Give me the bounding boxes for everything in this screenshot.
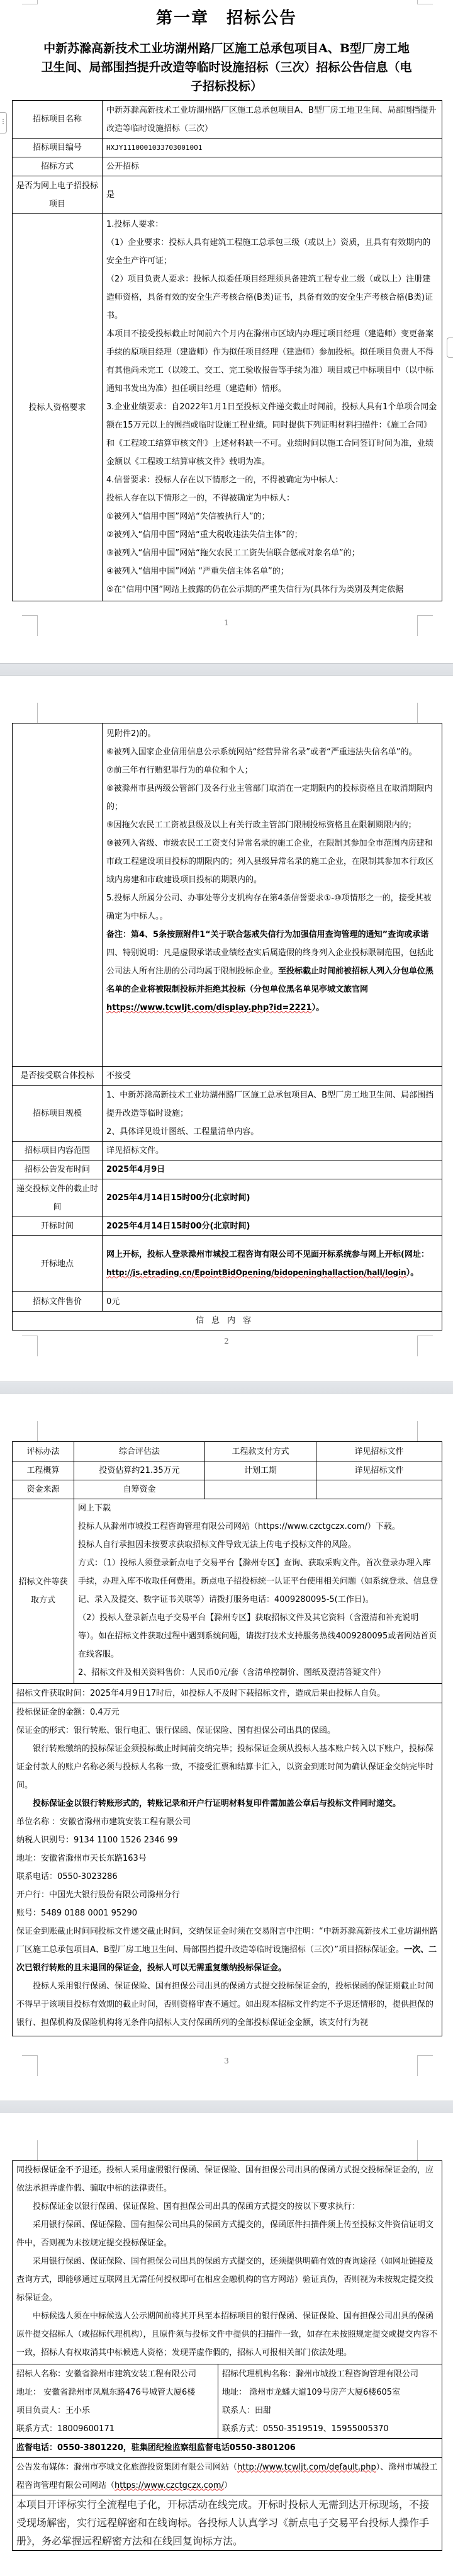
special-note-end: ）。 bbox=[312, 1003, 325, 1013]
table-row: 本项目开评标实行全流程电子化，开标活动在线完成。开标时投标人无需到达开标现场，不… bbox=[13, 2495, 442, 2551]
qualification-line: （1）企业要求：投标人具有建筑工程施工总承包三级（或以上）资质，且具有有效期内的… bbox=[106, 234, 438, 270]
scale-value: 1、中新苏滁高新技术工业坊湖州路厂区施工总承包项目A、B型厂房工地卫生间、局部围… bbox=[103, 1086, 442, 1142]
tcwljt-link[interactable]: http://www.tcwljt.com/default.php bbox=[237, 2463, 376, 2472]
empty-cell bbox=[316, 1480, 442, 1499]
online-value: 是 bbox=[103, 176, 442, 214]
period-value: 详见招标文件 bbox=[316, 1461, 442, 1480]
margin-corner-mark bbox=[22, 2140, 38, 2161]
table-row: 是否接受联合体投标 不接受 bbox=[13, 1067, 442, 1086]
account-line: 联系电话：0550-3023286 bbox=[16, 1868, 438, 1886]
fund-value: 自筹资金 bbox=[74, 1480, 205, 1499]
open-place-text: 网上开标，投标人登录滁州市城投工程咨询有限公司不见面开标系统参与网上开标(网址： bbox=[106, 1250, 429, 1259]
qualification-line: 投标人存在以下情形之一的，不得被确定为中标人： bbox=[106, 489, 438, 508]
budget-value: 投资估算约21.35万元 bbox=[74, 1461, 205, 1480]
blacklist-link[interactable]: https://www.tcwljt.com/display.php?id=22… bbox=[106, 1003, 312, 1013]
account-line: 单位名称 ：安徽省滁州市建筑安装工程有限公司 bbox=[16, 1813, 438, 1831]
qualification-label: 投标人资格要求 bbox=[13, 214, 103, 601]
remark-text: 备注：第4、5条按照附件1“关于联合惩戒失信行为加强信用查询管理的通知”查询或承… bbox=[106, 926, 438, 944]
deposit-bold-note: 投标保证金以银行转账形式的，转账记录和开户行证明材料复印件需加盖公章后与投标文件… bbox=[16, 1795, 438, 1813]
table-row: 递交投标文件的截止时间 2025年4月14日15时00分(北京时间) bbox=[13, 1179, 442, 1217]
margin-corner-mark bbox=[22, 1421, 38, 1442]
margin-corner-mark bbox=[417, 2140, 433, 2161]
qualification-content-cont: 见附件2)的。 ⑥被列入国家企业信用信息公示系统网站“经营异常名录”或者“严重违… bbox=[103, 723, 442, 1067]
obtain-line: （2）投标人登录新点电子交易平台【滁州专区】获取招标文件及其它资料（含澄清和补充… bbox=[78, 1609, 438, 1664]
scale-line: 1、中新苏滁高新技术工业坊湖州路厂区施工总承包项目A、B型厂房工地卫生间、局部围… bbox=[106, 1086, 438, 1123]
publish-label: 招标公告发布时间 bbox=[13, 1160, 103, 1179]
table-row: 招标项目内容范围 详见招标文件。 bbox=[13, 1142, 442, 1160]
table-row: 监督电话：0550-3801220，驻集团纪检监察组监督电话0550-38012… bbox=[13, 2439, 442, 2458]
publish-media: 公告发布媒体：滁州市亭城文化旅游投资集团有限公司网站（http://www.tc… bbox=[13, 2458, 442, 2495]
qualification-line: 见附件2)的。 bbox=[106, 725, 438, 743]
project-name-label: 招标项目名称 bbox=[13, 101, 103, 139]
scope-value: 详见招标文件。 bbox=[103, 1142, 442, 1160]
announcement-info-table: 招标项目名称 中新苏滁高新技术工业坊湖州路厂区施工总承包项目A、B型厂房工地卫生… bbox=[12, 100, 442, 601]
account-line: 地址：安徽省滁州市天长东路163号 bbox=[16, 1849, 438, 1868]
guarantee-paragraph: 采用银行保函、保证保险、国有担保公司出具的保函方式提交的，保函原件扫描件须上传至… bbox=[16, 2216, 438, 2252]
deadline-value: 2025年4月14日15时00分(北京时间) bbox=[103, 1179, 442, 1217]
page-number: 2 bbox=[0, 1337, 453, 1346]
obtain-line: 2、招标文件及相关资料售价：人民币0元/套（含清单控制价、图纸及澄清答疑文件） bbox=[78, 1664, 438, 1682]
publish-value: 2025年4月9日 bbox=[103, 1160, 442, 1179]
guarantee-paragraph: 投标保证金以银行保函、保证保险、国有担保公司出具的保函方式提交的按以下要求执行： bbox=[16, 2198, 438, 2216]
qualification-line: ③被列入“信用中国”网站“拖欠农民工工资失信联合惩戒对象名单”的； bbox=[106, 544, 438, 562]
period-label: 计划工期 bbox=[205, 1461, 316, 1480]
table-row: 信息内容 bbox=[13, 1312, 442, 1331]
guarantee-content: 同投标保证金不予退还。投标人采用虚假银行保函、保证保险、国有担保公司出具的保函方… bbox=[13, 2161, 442, 2364]
qualification-content: 1.投标人要求： （1）企业要求：投标人具有建筑工程施工总承包三级（或以上）资质… bbox=[103, 214, 442, 601]
obtain-line: 方式：（1）投标人须登录新点电子交易平台【滁州专区】查询、获取采购文件。首次登录… bbox=[78, 1554, 438, 1609]
margin-corner-mark bbox=[22, 0, 38, 4]
table-row: 同投标保证金不予退还。投标人采用虚假银行保函、保证保险、国有担保公司出具的保函方… bbox=[13, 2161, 442, 2364]
deposit-transfer: 银行转账缴纳的投标保证金须投标截止时间前交纳完毕；投标保证金须从投标人基本账户转… bbox=[16, 1740, 438, 1795]
page-1: 第一章 招标公告 中新苏滁高新技术工业坊湖州路厂区施工总承包项目A、B型厂房工地… bbox=[0, 0, 453, 663]
table-row: 招标文件获取时间：2025年4月9日17时后，如投标人不及时下载招标文件，造成后… bbox=[13, 1684, 442, 1703]
obtain-label: 招标文件等获取方式 bbox=[13, 1499, 74, 1684]
qualification-line: ⑦前三年有行贿犯罪行为的单位和个人； bbox=[106, 761, 438, 780]
obtain-line: 投标人从滁州市城投工程咨询管理有限公司网站（https://www.czctgc… bbox=[78, 1518, 438, 1536]
method-value: 公开招标 bbox=[103, 157, 442, 176]
consortium-value: 不接受 bbox=[103, 1067, 442, 1086]
eval-label: 评标办法 bbox=[13, 1442, 74, 1461]
obtain-line: 投标人自行承担因未按要求获取招标文件导致无法上传电子投标文件的风险。 bbox=[78, 1536, 438, 1554]
table-row: 是否为网上电子招投标项目 是 bbox=[13, 176, 442, 214]
qualification-label-cont bbox=[13, 723, 103, 1067]
qualification-line: ②被列入“信用中国”网站“重大税收违法失信主体”的； bbox=[106, 526, 438, 544]
table-row: 见附件2)的。 ⑥被列入国家企业信用信息公示系统网站“经营异常名录”或者“严重违… bbox=[13, 723, 442, 1067]
page-number: 1 bbox=[0, 618, 453, 627]
page-3: 评标办法 综合评估法 工程款支付方式 详见招标文件 工程概算 投资估算约21.3… bbox=[0, 1394, 453, 2101]
tenderer-name: 招标人名称：安徽省滁州市建筑安装工程有限公司 bbox=[16, 2365, 214, 2383]
table-row: 招标项目规模 1、中新苏滁高新技术工业坊湖州路厂区施工总承包项目A、B型厂房工地… bbox=[13, 1086, 442, 1142]
page-gap bbox=[0, 663, 453, 676]
agent-address: 地址： 滁州市龙蟠大道109号房产大厦6楼605室 bbox=[222, 2383, 438, 2402]
guarantee-paragraph: 中标候选人须在中标候选人公示期间前将其开具至本招标项目的银行保函、保证保险、国有… bbox=[16, 2307, 438, 2362]
qualification-line: （2）项目负责人要求：投标人拟委任项目经理须具备建筑工程专业二级（或以上）注册建… bbox=[106, 270, 438, 325]
agent-contact-person: 联系人：田甜 bbox=[222, 2402, 438, 2420]
qualification-line: ①被列入“信用中国”网站“失信被执行人”的； bbox=[106, 508, 438, 526]
deposit-form: 保证金的形式：银行转账、银行电汇、银行保函、保证保险、国有担保公司出具的保函。 bbox=[16, 1722, 438, 1740]
page-2: 见附件2)的。 ⑥被列入国家企业信用信息公示系统网站“经营异常名录”或者“严重违… bbox=[0, 676, 453, 1382]
margin-corner-mark bbox=[417, 703, 433, 723]
price-value: 0元 bbox=[103, 1292, 442, 1312]
payment-value: 详见招标文件 bbox=[316, 1442, 442, 1461]
tenderer-contact: 联系方式：18009600171 bbox=[16, 2420, 214, 2438]
page-gap bbox=[0, 2101, 453, 2114]
obtain-content: 网上下载 投标人从滁州市城投工程咨询管理有限公司网站（https://www.c… bbox=[74, 1499, 442, 1684]
special-note: 四、特别说明：凡是虚假承诺或业绩经查实后属造假的终身列入企业投标限制范围，包括此… bbox=[106, 944, 438, 1017]
agent-contact: 联系方式：0550-3519519、15955005370 bbox=[222, 2420, 438, 2438]
right-side-tab[interactable] bbox=[447, 338, 453, 358]
table-row: 招标项目编号 HXJY1110001033703001001 bbox=[13, 139, 442, 157]
page-number: 3 bbox=[0, 2057, 453, 2065]
detail-table-cont: 同投标保证金不予退还。投标人采用虚假银行保函、保证保险、国有担保公司出具的保函方… bbox=[12, 2160, 442, 2551]
table-row: 开标地点 网上开标，投标人登录滁州市城投工程咨询有限公司不见面开标系统参与网上开… bbox=[13, 1236, 442, 1292]
deposit-amount: 投标保证金的金额：0.4万元 bbox=[16, 1703, 438, 1722]
obtain-line: 网上下载 bbox=[78, 1499, 438, 1518]
open-place-label: 开标地点 bbox=[13, 1236, 103, 1292]
table-row: 评标办法 综合评估法 工程款支付方式 详见招标文件 bbox=[13, 1442, 442, 1461]
table-row: 工程概算 投资估算约21.35万元 计划工期 详见招标文件 bbox=[13, 1461, 442, 1480]
table-row: 资金来源 自筹资金 bbox=[13, 1480, 442, 1499]
scope-label: 招标项目内容范围 bbox=[13, 1142, 103, 1160]
announcement-info-table-cont: 见附件2)的。 ⑥被列入国家企业信用信息公示系统网站“经营异常名录”或者“严重违… bbox=[12, 723, 442, 1331]
open-time-value: 2025年4月14日15时00分(北京时间) bbox=[103, 1217, 442, 1236]
account-line: 开户行：中国光大银行股份有限公司滁州分行 bbox=[16, 1886, 438, 1904]
scale-line: 2、具体详见设计图纸、工程量清单内容。 bbox=[106, 1123, 438, 1141]
qualification-line: ⑧被滁州市县两级公管部门及各行业主管部门取消在一定期限内的投标资格且在取消期限内… bbox=[106, 780, 438, 816]
qualification-line: 本项目不接受投标截止时间前六个月内在滁州市区域内办理过项目经理（建造师）变更备案… bbox=[106, 325, 438, 398]
page-4: 同投标保证金不予退还。投标人采用虚假银行保函、保证保险、国有担保公司出具的保函方… bbox=[0, 2113, 453, 2576]
media-prefix: 公告发布媒体：滁州市亭城文化旅游投资集团有限公司网站（ bbox=[16, 2463, 237, 2472]
account-line: 纳税人识别号：9134 1100 1526 2346 99 bbox=[16, 1831, 438, 1849]
obtain-time: 招标文件获取时间：2025年4月9日17时后，如投标人不及时下载招标文件，造成后… bbox=[13, 1684, 442, 1703]
scale-label: 招标项目规模 bbox=[13, 1086, 103, 1142]
detail-table: 评标办法 综合评估法 工程款支付方式 详见招标文件 工程概算 投资估算约21.3… bbox=[12, 1441, 442, 2036]
budget-label: 工程概算 bbox=[13, 1461, 74, 1480]
guarantee-paragraph: 同投标保证金不予退还。投标人采用虚假银行保函、保证保险、国有担保公司出具的保函方… bbox=[16, 2161, 438, 2198]
agent-info: 招标代理机构名称：滁州市城投工程咨询管理有限公司 地址： 滁州市龙蟠大道109号… bbox=[218, 2364, 442, 2439]
qualification-line: ④被列入“信用中国”网站 “严重失信主体名单”的； bbox=[106, 562, 438, 581]
media-end: ） bbox=[224, 2481, 232, 2490]
online-label: 是否为网上电子招投标项目 bbox=[13, 176, 103, 214]
table-row: 招标公告发布时间 2025年4月9日 bbox=[13, 1160, 442, 1179]
method-label: 招标方式 bbox=[13, 157, 103, 176]
guarantee-paragraph: 采用银行保函、保证保险、国有担保公司出具的保函方式提交的，还须提供明确有效的查询… bbox=[16, 2252, 438, 2307]
info-content-header: 信息内容 bbox=[13, 1312, 442, 1331]
guarantee-paragraph: 投标人采用银行保函、保证保险、国有担保公司出具的保函方式提交投标保证金的，投标保… bbox=[16, 1977, 438, 2032]
margin-corner-mark bbox=[417, 1421, 433, 1442]
eval-value: 综合评估法 bbox=[74, 1442, 205, 1461]
table-row: 招标人名称：安徽省滁州市建筑安装工程有限公司 地址： 安徽省滁州市凤凰东路476… bbox=[13, 2364, 442, 2439]
qualification-line: ⑩被列入省级、市级农民工工资支付异常名录的施工企业，在限制其参加全市范围内房建和… bbox=[106, 834, 438, 889]
table-row: 公告发布媒体：滁州市亭城文化旅游投资集团有限公司网站（http://www.tc… bbox=[13, 2458, 442, 2495]
table-row: 招标文件售价 0元 bbox=[13, 1292, 442, 1312]
table-row: 招标项目名称 中新苏滁高新技术工业坊湖州路厂区施工总承包项目A、B型厂房工地卫生… bbox=[13, 101, 442, 139]
account-line: 账号：5489 0188 0001 95290 bbox=[16, 1904, 438, 1922]
czctgczx-link[interactable]: https://www.czctgczx.com/ bbox=[115, 2481, 224, 2490]
qualification-line: 1.投标人要求： bbox=[106, 215, 438, 234]
qualification-line: ⑨因拖欠农民工工资被县级及以上有关行政主管部门限制投标资格且在限制期限内的； bbox=[106, 816, 438, 834]
open-time-label: 开标时间 bbox=[13, 1217, 103, 1236]
bid-opening-link[interactable]: http://js.etrading.cn/EpointBidOpening/b… bbox=[106, 1268, 406, 1277]
table-row: 招标文件等获取方式 网上下载 投标人从滁州市城投工程咨询管理有限公司网站（htt… bbox=[13, 1499, 442, 1684]
tenderer-address: 地址： 安徽省滁州市凤凰东路476号城管大厦6楼 bbox=[16, 2383, 214, 2402]
final-note: 本项目开评标实行全流程电子化，开标活动在线完成。开标时投标人无需到达开标现场，不… bbox=[13, 2495, 442, 2551]
tenderer-manager: 项目负责人：王小乐 bbox=[16, 2402, 214, 2420]
open-place-end: ）。 bbox=[406, 1268, 419, 1278]
agent-name: 招标代理机构名称：滁州市城投工程咨询管理有限公司 bbox=[222, 2365, 438, 2383]
supervision-phone: 监督电话：0550-3801220，驻集团纪检监察组监督电话0550-38012… bbox=[13, 2439, 442, 2458]
price-label: 招标文件售价 bbox=[13, 1292, 103, 1312]
deadline-label: 递交投标文件的截止时间 bbox=[13, 1179, 103, 1217]
margin-corner-mark bbox=[417, 0, 433, 4]
qualification-line: ⑤在“信用中国”网站上披露的仍在公示期的严重失信行为(具体行为类别及判定依据 bbox=[106, 581, 438, 599]
project-code-value: HXJY1110001033703001001 bbox=[103, 139, 442, 157]
table-row: 招标方式 公开招标 bbox=[13, 157, 442, 176]
table-row: 投标保证金的金额：0.4万元 保证金的形式：银行转账、银行电汇、银行保函、保证保… bbox=[13, 1703, 442, 2036]
tenderer-info: 招标人名称：安徽省滁州市建筑安装工程有限公司 地址： 安徽省滁州市凤凰东路476… bbox=[13, 2364, 218, 2439]
deposit-note: 保证金到账截止时间同投标文件递交截止时间，交纳保证金时须在交易附言中注明：“中新… bbox=[16, 1922, 438, 1977]
page-gap bbox=[0, 1382, 453, 1395]
payment-label: 工程款支付方式 bbox=[205, 1442, 316, 1461]
consortium-label: 是否接受联合体投标 bbox=[13, 1067, 103, 1086]
announcement-subtitle: 中新苏滁高新技术工业坊湖州路厂区施工总承包项目A、B型厂房工地卫生间、局部围挡提… bbox=[38, 39, 415, 96]
chapter-title: 第一章 招标公告 bbox=[0, 5, 453, 28]
fund-label: 资金来源 bbox=[13, 1480, 74, 1499]
qualification-line: 5.投标人所属分公司、办事处等分支机构存在第4条信誉要求①-⑩项情形之一的，接受… bbox=[106, 889, 438, 926]
deposit-note-text: 保证金到账截止时间同投标文件递交截止时间，交纳保证金时须在交易附言中注明：“中新… bbox=[16, 1927, 438, 1955]
qualification-line: 4.信誉要求：投标人存在以下情形之一的，不得被确定为中标人： bbox=[106, 471, 438, 489]
deposit-content: 投标保证金的金额：0.4万元 保证金的形式：银行转账、银行电汇、银行保函、保证保… bbox=[13, 1703, 442, 2036]
margin-corner-mark bbox=[22, 703, 38, 723]
project-name-value: 中新苏滁高新技术工业坊湖州路厂区施工总承包项目A、B型厂房工地卫生间、局部围挡提… bbox=[103, 101, 442, 139]
table-row: 投标人资格要求 1.投标人要求： （1）企业要求：投标人具有建筑工程施工总承包三… bbox=[13, 214, 442, 601]
side-menu-handle-icon[interactable]: ⋮ bbox=[0, 112, 7, 133]
qualification-line: 3.企业业绩要求：自2022年1月1日至投标文件递交截止时间前，投标人具有1个单… bbox=[106, 398, 438, 471]
table-row: 开标时间 2025年4月14日15时00分(北京时间) bbox=[13, 1217, 442, 1236]
open-place-value: 网上开标，投标人登录滁州市城投工程咨询有限公司不见面开标系统参与网上开标(网址：… bbox=[103, 1236, 442, 1292]
qualification-line: ⑥被列入国家企业信用信息公示系统网站“经营异常名录”或者“严重违法失信名单”的。 bbox=[106, 743, 438, 761]
project-code-label: 招标项目编号 bbox=[13, 139, 103, 157]
empty-cell bbox=[205, 1480, 316, 1499]
